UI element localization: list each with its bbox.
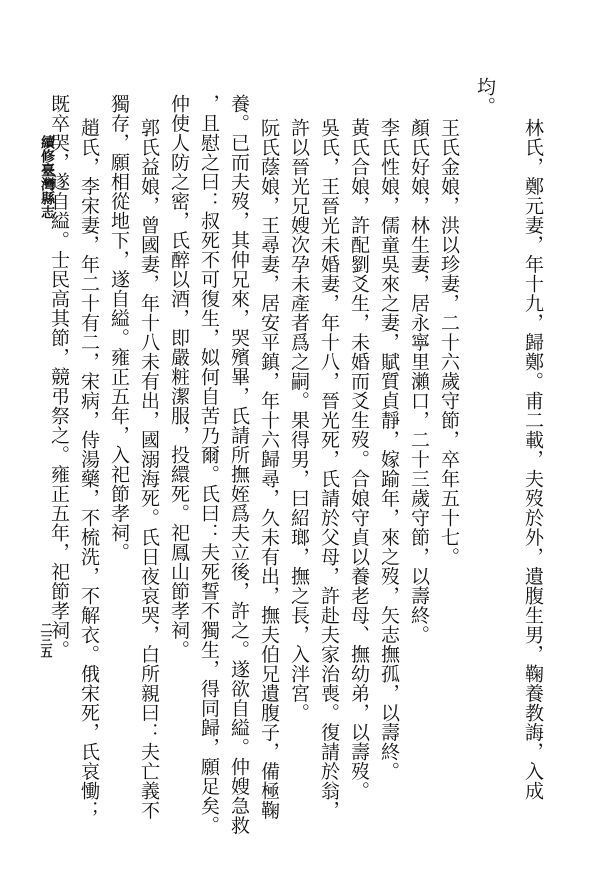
text-column-10: 養。已而夫歿，其仲兄來，哭殯畢，氏請所撫姪爲夫立後，許之。遂欲自縊。仲嫂急救 (229, 94, 248, 835)
text-column-7: 吳氏，王晉光未婚妻，年十八，晉光死，氏請於父母，許赴夫家治喪。復請於翁， (319, 118, 338, 820)
text-column-3: 王氏金娘，洪以珍妻，二十六歲守節，卒年五十七。 (439, 118, 458, 567)
text-column-12: 仲使人防之密，氏醉以酒，即嚴粧潔服，投繯死。祀鳳山節孝祠。 (169, 94, 188, 660)
text-column-6: 黃氏合娘，許配劉爻生，未婚而爻生歿。合娘守貞以養老母、撫幼弟，以壽歿。 (349, 118, 368, 801)
text-column-8: 許以晉光兄嫂次孕未產者爲之嗣。果得男，曰紹瑯，撫之長，入泮宮。 (289, 118, 308, 723)
text-column-4: 顏氏好娘，林生妻，居永寧里瀨口，二十三歲守節，以壽終。 (409, 118, 428, 645)
page-number: 二三五 (38, 622, 55, 658)
text-column-9: 阮氏蔭娘，王尋妻，居安平鎮，年十六歸尋，久未有出，撫夫伯兄遺腹子，備極鞠 (259, 118, 278, 820)
text-column-13: 郭氏益娘，曾國妻，年十八未有出，國溺海死。氏日夜哀哭，白所親曰：夫亡義不 (139, 118, 158, 820)
text-column-1: 林氏，鄭元妻，年十九，歸鄭。甫二載，夫歿於外，遺腹生男，鞠養教誨，入成 (523, 118, 542, 801)
text-column-2: 均。 (475, 77, 494, 116)
text-column-14: 獨存，願相從地下，遂自縊。雍正五年，入祀節孝祠。 (109, 94, 128, 562)
text-column-11: ，且慰之曰：叔死不可復生，姒何自苦乃爾。氏曰：夫死誓不獨生，得同歸，願足矣。 (199, 94, 218, 835)
text-column-5: 李氏性娘，儒童吳來之妻，賦質貞靜，嫁踰年，來之歿，矢志撫孤，以壽終。 (379, 118, 398, 781)
text-column-15: 趙氏，李宋妻，年二十有二，宋病，侍湯藥，不梳洗，不解衣。俄宋死，氏哀慟； (79, 118, 98, 820)
text-column-16: 既卒哭，遂自縊。士民高其節，競弔祭之。雍正五年，祀節孝祠。 (49, 94, 68, 660)
